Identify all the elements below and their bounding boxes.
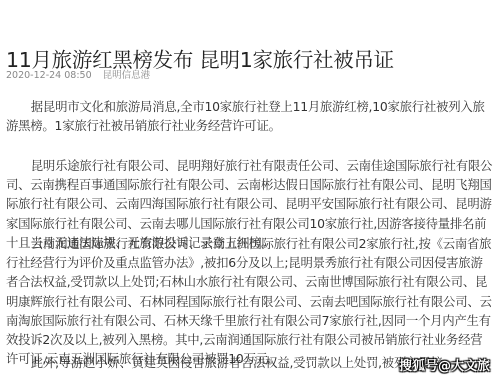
paragraph-intro: 据昆明市文化和旅游局消息,全市10家旅行社登上11月旅游红榜,10家旅行社被列入… bbox=[6, 97, 494, 135]
watermark: 搜狐号@大文旅 bbox=[399, 355, 490, 374]
publish-date: 2020-12-24 08:50 bbox=[6, 70, 92, 81]
paragraph-black-list: 云南润通国际旅行社有限公司、云南五洲国际旅行社有限公司2家旅行社,按《云南省旅行… bbox=[6, 234, 494, 368]
article-meta: 2020-12-24 08:50 昆明信息港 bbox=[6, 69, 150, 83]
article-source[interactable]: 昆明信息港 bbox=[103, 70, 151, 81]
